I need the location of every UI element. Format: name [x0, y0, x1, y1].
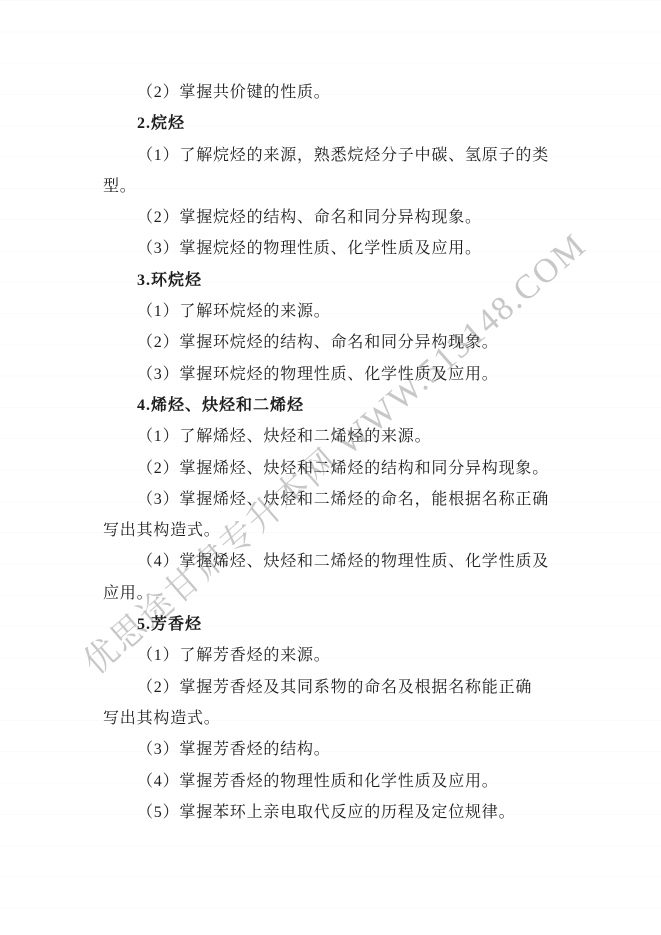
text-line: （3）掌握烷烃的物理性质、化学性质及应用。 — [103, 233, 561, 264]
text-line: 写出其构造式。 — [103, 515, 561, 546]
text-line: （2）掌握环烷烃的结构、命名和同分异构现象。 — [103, 327, 561, 358]
document-page: 优思途甘肃专升本网 WWW.513148.COM （2）掌握共价键的性质。2.烷… — [0, 0, 661, 935]
text-line: （3）掌握芳香烃的结构。 — [103, 734, 561, 765]
text-line: （5）掌握苯环上亲电取代反应的历程及定位规律。 — [103, 797, 561, 828]
text-line: （1）了解烷烃的来源，熟悉烷烃分子中碳、氢原子的类 — [103, 140, 561, 171]
text-line: （2）掌握烯烃、炔烃和二烯烃的结构和同分异构现象。 — [103, 453, 561, 484]
text-line: （1）了解芳香烃的来源。 — [103, 640, 561, 671]
text-line: （2）掌握芳香烃及其同系物的命名及根据名称能正确 — [103, 672, 561, 703]
text-line: 应用。 — [103, 578, 561, 609]
section-heading: 5.芳香烃 — [103, 609, 561, 640]
text-line: （4）掌握芳香烃的物理性质和化学性质及应用。 — [103, 766, 561, 797]
section-heading: 2.烷烃 — [103, 108, 561, 139]
text-line: 型。 — [103, 171, 561, 202]
text-line: 写出其构造式。 — [103, 703, 561, 734]
text-line: （1）了解烯烃、炔烃和二烯烃的来源。 — [103, 421, 561, 452]
text-line: （2）掌握共价键的性质。 — [103, 77, 561, 108]
document-body: （2）掌握共价键的性质。2.烷烃（1）了解烷烃的来源，熟悉烷烃分子中碳、氢原子的… — [103, 77, 561, 828]
text-line: （3）掌握烯烃、炔烃和二烯烃的命名，能根据名称正确 — [103, 484, 561, 515]
text-line: （3）掌握环烷烃的物理性质、化学性质及应用。 — [103, 359, 561, 390]
text-line: （1）了解环烷烃的来源。 — [103, 296, 561, 327]
section-heading: 4.烯烃、炔烃和二烯烃 — [103, 390, 561, 421]
text-line: （2）掌握烷烃的结构、命名和同分异构现象。 — [103, 202, 561, 233]
section-heading: 3.环烷烃 — [103, 265, 561, 296]
text-line: （4）掌握烯烃、炔烃和二烯烃的物理性质、化学性质及 — [103, 546, 561, 577]
